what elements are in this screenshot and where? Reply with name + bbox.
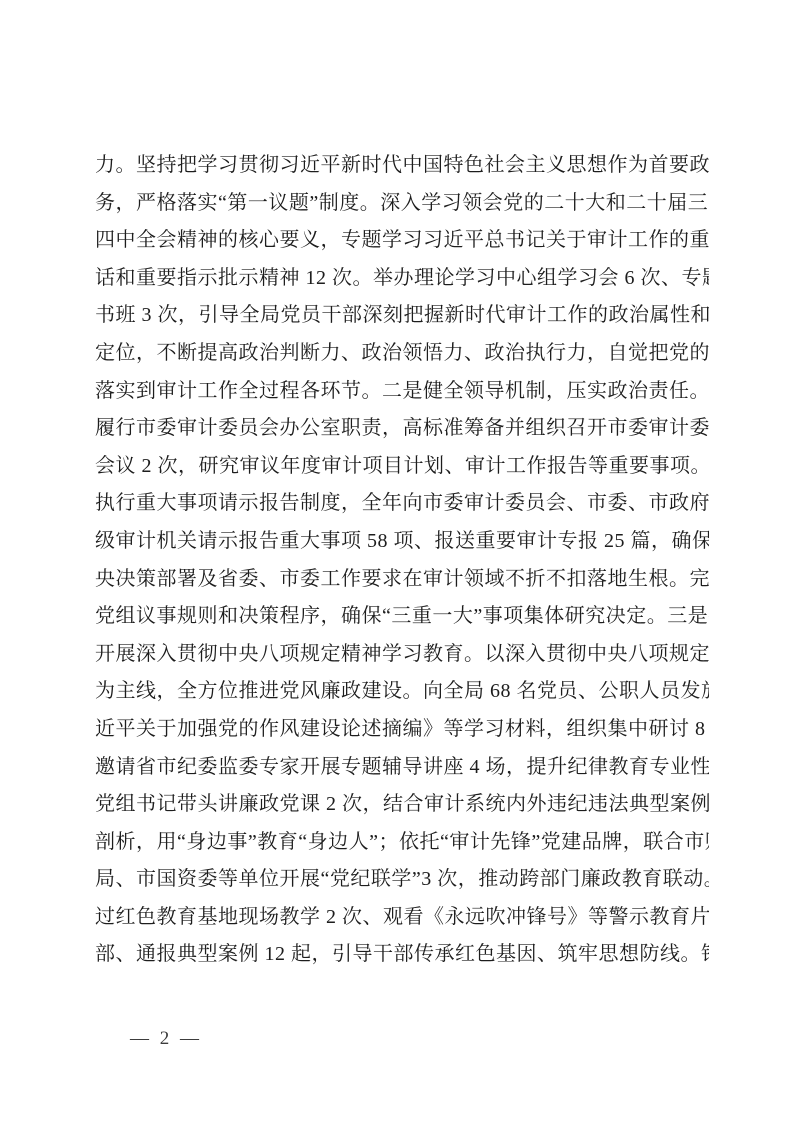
body-text-line: 履行市委审计委员会办公室职责，高标准筹备并组织召开市委审计委员会	[95, 410, 709, 448]
body-text-line: 话和重要指示批示精神 12 次。举办理论学习中心组学习会 6 次、专题读	[95, 260, 709, 298]
body-text-line: 执行重大事项请示报告制度，全年向市委审计委员会、市委、市政府及上	[95, 485, 709, 523]
body-text-line: 四中全会精神的核心要义，专题学习习近平总书记关于审计工作的重要讲	[95, 222, 709, 260]
body-text-line: 党组议事规则和决策程序，确保“三重一大”事项集体研究决定。三是扎实	[95, 598, 709, 636]
body-text-line: 邀请省市纪委监委专家开展专题辅导讲座 4 场，提升纪律教育专业性。局	[95, 749, 709, 787]
body-text-line: 局、市国资委等单位开展“党纪联学”3 次，推动跨部门廉政教育联动。通	[95, 861, 709, 899]
body-text-block: 力。坚持把学习贯彻习近平新时代中国特色社会主义思想作为首要政治任 务，严格落实“…	[95, 147, 709, 974]
page-number: — 2 —	[130, 1028, 202, 1050]
body-text-line: 力。坚持把学习贯彻习近平新时代中国特色社会主义思想作为首要政治任	[95, 147, 709, 185]
body-text-line: 会议 2 次，研究审议年度审计项目计划、审计工作报告等重要事项。严格	[95, 448, 709, 486]
body-text-line: 党组书记带头讲廉政党课 2 次，结合审计系统内外违纪违法典型案例深度	[95, 786, 709, 824]
body-text-line: 书班 3 次，引导全局党员干部深刻把握新时代审计工作的政治属性和职责	[95, 297, 709, 335]
body-text-line: 务，严格落实“第一议题”制度。深入学习领会党的二十大和二十届三中、	[95, 185, 709, 223]
body-text-line: 部、通报典型案例 12 起，引导干部传承红色基因、筑牢思想防线。针对	[95, 936, 709, 974]
body-text-line: 落实到审计工作全过程各环节。二是健全领导机制，压实政治责任。坚决	[95, 373, 709, 411]
body-text-line: 近平关于加强党的作风建设论述摘编》等学习材料，组织集中研讨 8 次，	[95, 711, 709, 749]
body-text-line: 剖析，用“身边事”教育“身边人”；依托“审计先锋”党建品牌，联合市财政	[95, 824, 709, 862]
body-text-line: 开展深入贯彻中央八项规定精神学习教育。以深入贯彻中央八项规定精神	[95, 636, 709, 674]
body-text-line: 为主线，全方位推进党风廉政建设。向全局 68 名党员、公职人员发放《习	[95, 673, 709, 711]
document-page: 力。坚持把学习贯彻习近平新时代中国特色社会主义思想作为首要政治任 务，严格落实“…	[0, 0, 793, 1122]
body-text-line: 级审计机关请示报告重大事项 58 项、报送重要审计专报 25 篇，确保党中	[95, 523, 709, 561]
body-text-line: 过红色教育基地现场教学 2 次、观看《永远吹冲锋号》等警示教育片 5	[95, 899, 709, 937]
body-text-line: 央决策部署及省委、市委工作要求在审计领域不折不扣落地生根。完善局	[95, 561, 709, 599]
body-text-line: 定位，不断提高政治判断力、政治领悟力、政治执行力，自觉把党的领导	[95, 335, 709, 373]
